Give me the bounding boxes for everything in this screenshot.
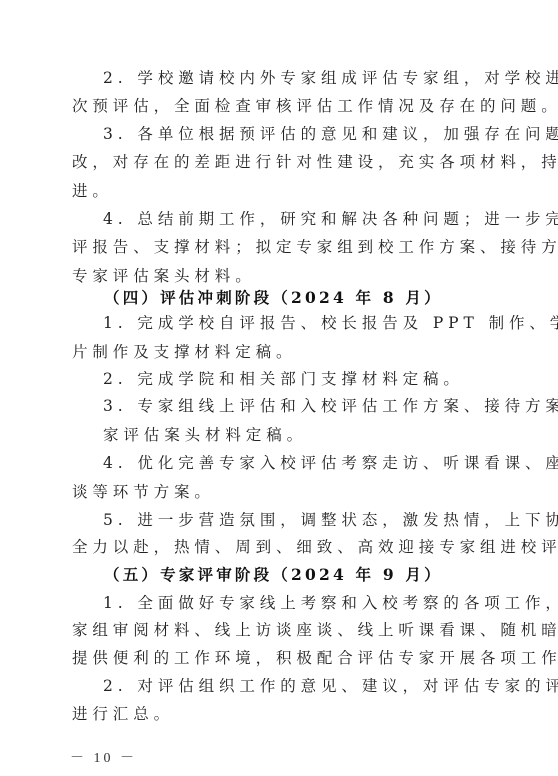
text-line: 进。 (72, 179, 492, 203)
text-line: 专家评估案头材料。 (72, 264, 492, 288)
text-line: 3. 专家组线上评估和入校评估工作方案、接待方案，专 (103, 394, 523, 418)
text-line: 4. 优化完善专家入校评估考察走访、听课看课、座谈访 (103, 451, 523, 475)
section-heading: （四）评估冲刺阶段（2024 年 8 月） (104, 286, 524, 310)
text-line: 谈等环节方案。 (72, 480, 492, 504)
text-line: 进行汇总。 (72, 702, 492, 726)
page-number: － 10 － (70, 750, 137, 768)
text-line: 1. 完成学校自评报告、校长报告及 PPT 制作、学校宣传 (103, 311, 523, 335)
text-line: 4. 总结前期工作，研究和解决各种问题；进一步完善自 (103, 207, 523, 231)
text-line: 2. 学校邀请校内外专家组成评估专家组，对学校进行一 (103, 66, 523, 90)
text-line: 全力以赴，热情、周到、细致、高效迎接专家组进校评估。 (72, 535, 492, 559)
section-heading: （五）专家评审阶段（2024 年 9 月） (104, 563, 524, 587)
text-line: 2. 对评估组织工作的意见、建议，对评估专家的评价等 (103, 674, 523, 698)
text-line: 1. 全面做好专家线上考察和入校考察的各项工作，为专 (103, 591, 523, 615)
text-line: 提供便利的工作环境，积极配合评估专家开展各项工作。 (72, 646, 492, 670)
text-line: 片制作及支撑材料定稿。 (72, 340, 492, 364)
text-line: 次预评估，全面检查审核评估工作情况及存在的问题。 (72, 94, 492, 118)
text-line: 5. 进一步营造氛围，调整状态，激发热情，上下协调， (103, 508, 523, 532)
text-line: 家评估案头材料定稿。 (103, 423, 523, 447)
text-line: 评报告、支撑材料；拟定专家组到校工作方案、接待方案和 (72, 235, 492, 259)
text-line: 改，对存在的差距进行针对性建设，充实各项材料，持续改 (72, 150, 492, 174)
text-line: 2. 完成学院和相关部门支撑材料定稿。 (103, 367, 523, 391)
text-line: 3. 各单位根据预评估的意见和建议，加强存在问题的整 (103, 122, 523, 146)
text-line: 家组审阅材料、线上访谈座谈、线上听课看课、随机暗访等 (72, 618, 492, 642)
document-page: 2. 学校邀请校内外专家组成评估专家组，对学校进行一次预评估，全面检查审核评估工… (0, 0, 558, 776)
